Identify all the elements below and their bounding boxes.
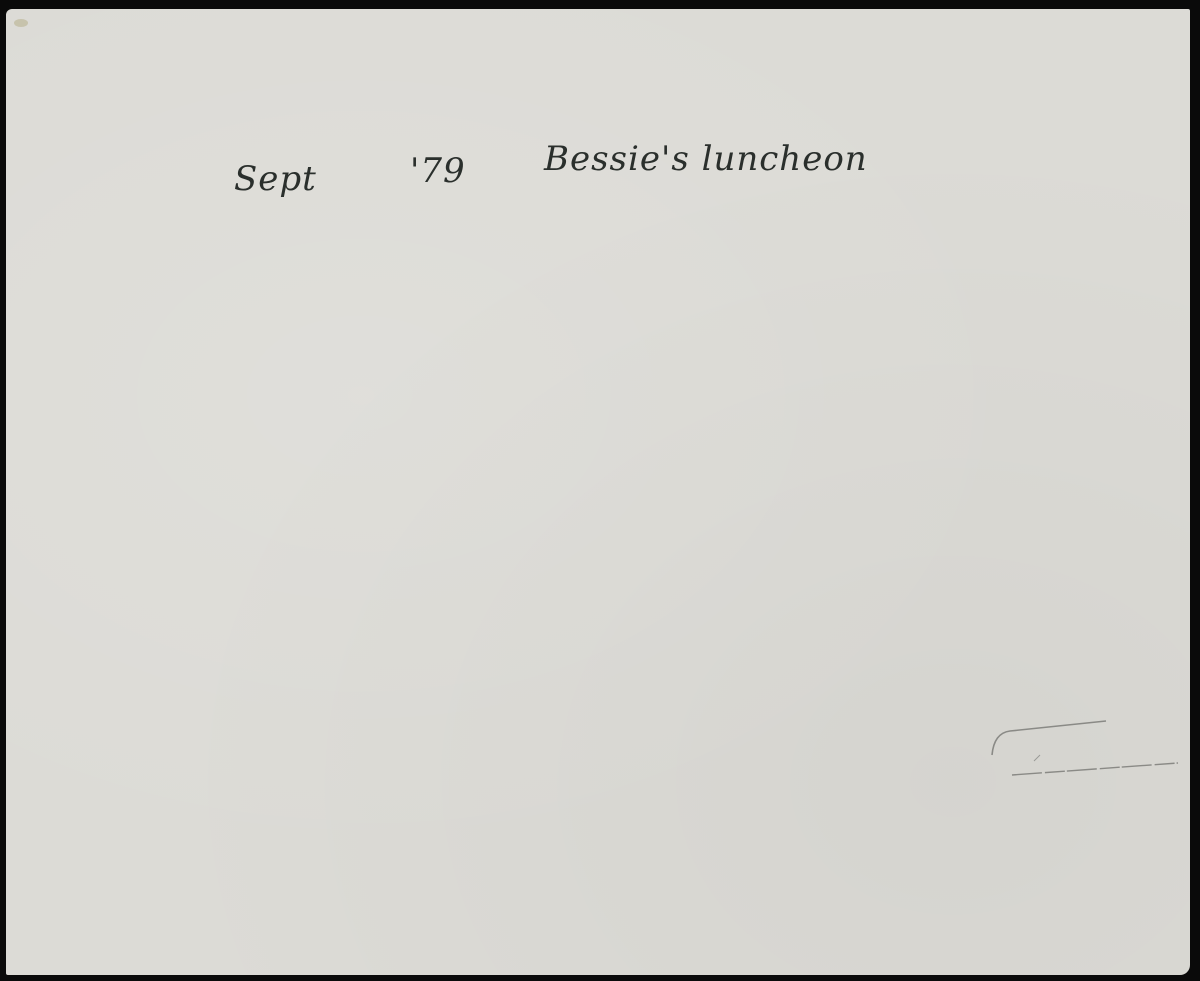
photo-back-card: Sept '79 Bessie's luncheon (6, 9, 1190, 975)
corner-stain (14, 19, 28, 27)
handwritten-caption: Bessie's luncheon (544, 139, 868, 179)
handwritten-year: '79 (410, 151, 466, 191)
pencil-mark-icon (988, 717, 1188, 787)
handwritten-date: Sept (234, 159, 317, 199)
